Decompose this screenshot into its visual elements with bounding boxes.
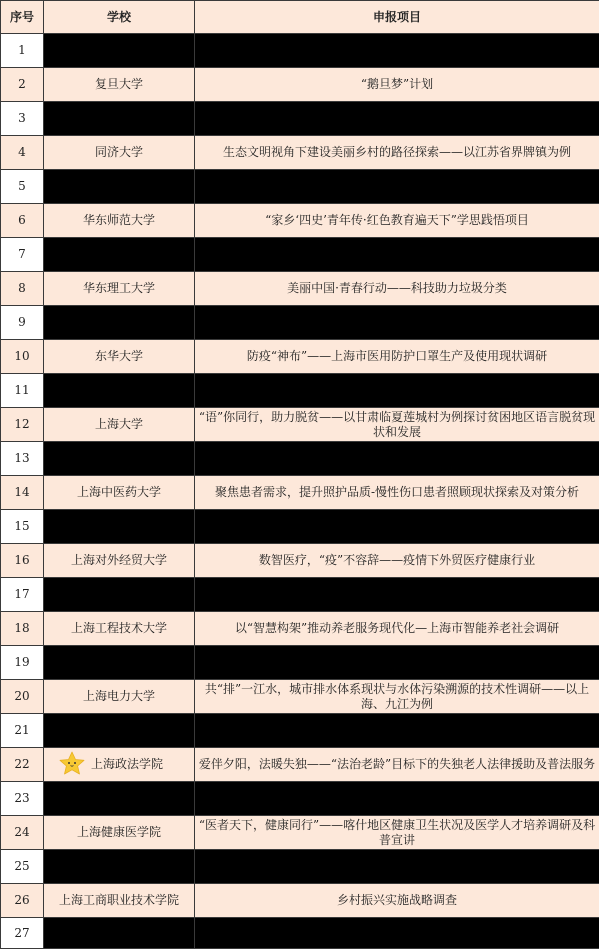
row-index: 13 — [1, 442, 44, 476]
school-cell — [44, 782, 195, 816]
row-index: 23 — [1, 782, 44, 816]
table-row: 14上海中医药大学聚焦患者需求，提升照护品质-慢性伤口患者照顾现状探索及对策分析 — [1, 476, 599, 510]
project-cell — [195, 34, 599, 68]
school-cell: 上海政法学院 — [44, 748, 195, 782]
project-cell — [195, 714, 599, 748]
table-row: 27 — [1, 918, 599, 949]
project-cell — [195, 170, 599, 204]
table-row: 22上海政法学院爱伴夕阳，法暖失独——“法治老龄”目标下的失独老人法律援助及普法… — [1, 748, 599, 782]
row-index: 25 — [1, 850, 44, 884]
table-row: 4同济大学生态文明视角下建设美丽乡村的路径探索——以江苏省界牌镇为例 — [1, 136, 599, 170]
school-cell — [44, 510, 195, 544]
project-cell — [195, 102, 599, 136]
school-cell: 华东理工大学 — [44, 272, 195, 306]
row-index: 24 — [1, 816, 44, 850]
school-cell: 华东师范大学 — [44, 204, 195, 238]
table-row: 2复旦大学“鹅旦梦”计划 — [1, 68, 599, 102]
row-index: 19 — [1, 646, 44, 680]
col-header-school: 学校 — [44, 1, 195, 34]
row-index: 4 — [1, 136, 44, 170]
project-cell — [195, 238, 599, 272]
school-cell: 上海大学 — [44, 408, 195, 442]
row-index: 9 — [1, 306, 44, 340]
school-cell — [44, 578, 195, 612]
school-name: 上海健康医学院 — [77, 825, 161, 840]
table-row: 8华东理工大学美丽中国·青春行动——科技助力垃圾分类 — [1, 272, 599, 306]
row-index: 21 — [1, 714, 44, 748]
table-row: 24上海健康医学院“医者天下，健康同行”——喀什地区健康卫生状况及医学人才培养调… — [1, 816, 599, 850]
project-table: 序号 学校 申报项目 12复旦大学“鹅旦梦”计划34同济大学生态文明视角下建设美… — [0, 0, 599, 949]
school-name: 上海工程技术大学 — [71, 621, 167, 636]
table-row: 3 — [1, 102, 599, 136]
row-index: 14 — [1, 476, 44, 510]
col-header-index: 序号 — [1, 1, 44, 34]
row-index: 3 — [1, 102, 44, 136]
row-index: 18 — [1, 612, 44, 646]
school-cell: 同济大学 — [44, 136, 195, 170]
project-cell: 乡村振兴实施战略调查 — [195, 884, 599, 918]
table-row: 16上海对外经贸大学数智医疗，“疫”不容辞——疫情下外贸医疗健康行业 — [1, 544, 599, 578]
row-index: 15 — [1, 510, 44, 544]
row-index: 17 — [1, 578, 44, 612]
school-cell — [44, 714, 195, 748]
table-row: 7 — [1, 238, 599, 272]
project-cell: 以“智慧构架”推动养老服务现代化—上海市智能养老社会调研 — [195, 612, 599, 646]
table-row: 15 — [1, 510, 599, 544]
school-cell — [44, 374, 195, 408]
school-name: 上海大学 — [95, 417, 143, 432]
row-index: 16 — [1, 544, 44, 578]
project-cell — [195, 646, 599, 680]
table-row: 13 — [1, 442, 599, 476]
project-cell — [195, 578, 599, 612]
table-row: 26上海工商职业技术学院乡村振兴实施战略调查 — [1, 884, 599, 918]
table-row: 19 — [1, 646, 599, 680]
table-row: 23 — [1, 782, 599, 816]
table-row: 11 — [1, 374, 599, 408]
row-index: 8 — [1, 272, 44, 306]
row-index: 26 — [1, 884, 44, 918]
project-cell — [195, 306, 599, 340]
project-cell — [195, 918, 599, 949]
row-index: 6 — [1, 204, 44, 238]
row-index: 2 — [1, 68, 44, 102]
school-cell: 上海对外经贸大学 — [44, 544, 195, 578]
project-cell: “家乡‘四史’青年传·红色教育遍天下”学思践悟项目 — [195, 204, 599, 238]
school-cell — [44, 34, 195, 68]
table-row: 1 — [1, 34, 599, 68]
school-name: 同济大学 — [95, 145, 143, 160]
project-cell: “语”你同行，助力脱贫——以甘肃临夏莲城村为例探讨贫困地区语言脱贫现状和发展 — [195, 408, 599, 442]
school-name: 上海电力大学 — [83, 689, 155, 704]
table-header: 序号 学校 申报项目 — [1, 1, 599, 34]
table-row: 20上海电力大学共“排”一江水，城市排水体系现状与水体污染溯源的技术性调研——以… — [1, 680, 599, 714]
table-row: 10东华大学防疫“神布”——上海市医用防护口罩生产及使用现状调研 — [1, 340, 599, 374]
table-row: 21 — [1, 714, 599, 748]
school-cell — [44, 442, 195, 476]
table-row: 5 — [1, 170, 599, 204]
table-row: 17 — [1, 578, 599, 612]
school-cell: 复旦大学 — [44, 68, 195, 102]
project-cell: 防疫“神布”——上海市医用防护口罩生产及使用现状调研 — [195, 340, 599, 374]
school-name: 上海对外经贸大学 — [71, 553, 167, 568]
school-name: 东华大学 — [95, 349, 143, 364]
school-cell — [44, 918, 195, 949]
school-cell: 上海健康医学院 — [44, 816, 195, 850]
project-cell — [195, 782, 599, 816]
project-cell: 共“排”一江水，城市排水体系现状与水体污染溯源的技术性调研——以上海、九江为例 — [195, 680, 599, 714]
project-cell — [195, 510, 599, 544]
school-cell: 上海电力大学 — [44, 680, 195, 714]
table-row: 18上海工程技术大学以“智慧构架”推动养老服务现代化—上海市智能养老社会调研 — [1, 612, 599, 646]
school-cell — [44, 646, 195, 680]
school-name: 华东师范大学 — [83, 213, 155, 228]
school-cell: 上海中医药大学 — [44, 476, 195, 510]
school-cell — [44, 850, 195, 884]
school-cell: 上海工商职业技术学院 — [44, 884, 195, 918]
row-index: 7 — [1, 238, 44, 272]
project-cell — [195, 442, 599, 476]
row-index: 12 — [1, 408, 44, 442]
row-index: 11 — [1, 374, 44, 408]
school-cell: 东华大学 — [44, 340, 195, 374]
project-cell — [195, 850, 599, 884]
project-cell: “鹅旦梦”计划 — [195, 68, 599, 102]
school-name: 上海中医药大学 — [77, 485, 161, 500]
school-cell — [44, 102, 195, 136]
table-row: 12上海大学“语”你同行，助力脱贫——以甘肃临夏莲城村为例探讨贫困地区语言脱贫现… — [1, 408, 599, 442]
table-row: 25 — [1, 850, 599, 884]
star-face-icon — [59, 751, 85, 779]
row-index: 5 — [1, 170, 44, 204]
row-index: 20 — [1, 680, 44, 714]
school-name: 复旦大学 — [95, 77, 143, 92]
school-name: 华东理工大学 — [83, 281, 155, 296]
project-cell: 数智医疗，“疫”不容辞——疫情下外贸医疗健康行业 — [195, 544, 599, 578]
project-cell: 美丽中国·青春行动——科技助力垃圾分类 — [195, 272, 599, 306]
row-index: 27 — [1, 918, 44, 949]
project-cell: 生态文明视角下建设美丽乡村的路径探索——以江苏省界牌镇为例 — [195, 136, 599, 170]
row-index: 22 — [1, 748, 44, 782]
project-cell: “医者天下，健康同行”——喀什地区健康卫生状况及医学人才培养调研及科普宣讲 — [195, 816, 599, 850]
school-cell: 上海工程技术大学 — [44, 612, 195, 646]
table-row: 6华东师范大学“家乡‘四史’青年传·红色教育遍天下”学思践悟项目 — [1, 204, 599, 238]
school-cell — [44, 306, 195, 340]
project-cell: 爱伴夕阳，法暖失独——“法治老龄”目标下的失独老人法律援助及普法服务 — [195, 748, 599, 782]
table-row: 9 — [1, 306, 599, 340]
col-header-project: 申报项目 — [195, 1, 599, 34]
project-cell: 聚焦患者需求，提升照护品质-慢性伤口患者照顾现状探索及对策分析 — [195, 476, 599, 510]
school-cell — [44, 238, 195, 272]
school-name: 上海政法学院 — [91, 757, 163, 772]
row-index: 10 — [1, 340, 44, 374]
row-index: 1 — [1, 34, 44, 68]
project-cell — [195, 374, 599, 408]
school-cell — [44, 170, 195, 204]
school-name: 上海工商职业技术学院 — [59, 893, 179, 908]
